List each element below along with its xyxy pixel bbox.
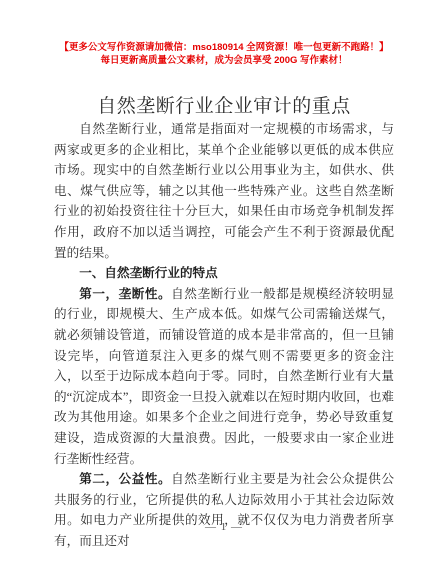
section-heading: 一、自然垄断行业的特点 bbox=[54, 263, 394, 284]
document-page: 【更多公文写作资源请加微信：mso180914 全网资源！唯一包更新不跑路！】 … bbox=[0, 0, 448, 580]
promo-banner: 【更多公文写作资源请加微信：mso180914 全网资源！唯一包更新不跑路！】 … bbox=[0, 41, 448, 67]
promo-banner-line-2: 每日更新高质量公文素材，成为会员享受 200G 写作素材！ bbox=[0, 54, 448, 67]
page-title: 自然垄断行业企业审计的重点 bbox=[0, 91, 448, 118]
paragraph-public-interest-lead: 第二，公益性。 bbox=[79, 472, 171, 486]
paragraph-monopoly-text: 自然垄断行业一般都是规模经济较明显的行业，即规模大、生产成本低。如煤气公司需输送… bbox=[54, 287, 394, 466]
promo-banner-line-1: 【更多公文写作资源请加微信：mso180914 全网资源！唯一包更新不跑路！】 bbox=[0, 41, 448, 54]
paragraph-monopoly-lead: 第一，垄断性。 bbox=[79, 287, 171, 301]
page-number: — 1 — bbox=[0, 521, 448, 533]
paragraph-intro: 自然垄断行业，通常是指面对一定规模的市场需求，与两家或更多的企业相比，某单个企业… bbox=[54, 119, 394, 263]
paragraph-public-interest: 第二，公益性。自然垄断行业主要是为社会公众提供公共服务的行业，它所提供的私人边际… bbox=[54, 469, 394, 551]
paragraph-monopoly: 第一，垄断性。自然垄断行业一般都是规模经济较明显的行业，即规模大、生产成本低。如… bbox=[54, 284, 394, 469]
document-body: 自然垄断行业，通常是指面对一定规模的市场需求，与两家或更多的企业相比，某单个企业… bbox=[54, 119, 394, 551]
